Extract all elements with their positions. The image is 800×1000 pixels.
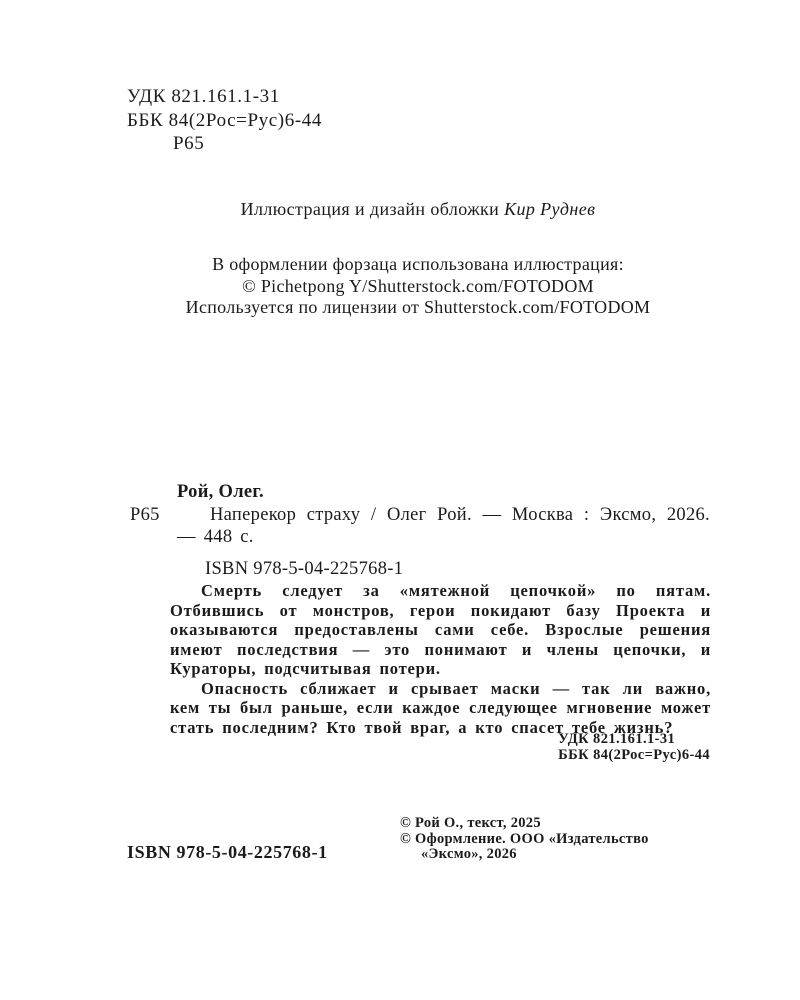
classification-codes-bottom: УДК 821.161.1-31 ББК 84(2Рос=Рус)6-44 — [558, 732, 710, 763]
author-sign-code: Р65 — [173, 132, 322, 156]
copyright-block: © Рой О., текст, 2025 © Оформление. ООО … — [400, 816, 720, 863]
endpaper-credit-line2: © Pichetpong Y/Shutterstock.com/FOTODOM — [118, 276, 718, 298]
copyright-design-entry-line1: © Оформление. ООО «Издательство — [400, 832, 720, 848]
endpaper-credit-line3: Используется по лицензии от Shutterstock… — [118, 297, 718, 319]
bbk-code-bottom: ББК 84(2Рос=Рус)6-44 — [558, 748, 710, 764]
isbn-catalog: ISBN 978-5-04-225768-1 — [205, 558, 710, 581]
udk-code-bottom: УДК 821.161.1-31 — [558, 732, 710, 748]
endpaper-credit-block: В оформлении форзаца использована иллюст… — [118, 254, 718, 319]
annotation-block: Смерть следует за «мятежной цепочкой» по… — [170, 581, 711, 737]
bibliographic-entry-row: Р65 Наперекор страху / Олег Рой. — Москв… — [177, 504, 710, 549]
udk-code: УДК 821.161.1-31 — [127, 85, 322, 109]
endpaper-credit-line1: В оформлении форзаца использована иллюст… — [118, 254, 718, 276]
bibliographic-entry: Наперекор страху / Олег Рой. — Москва : … — [177, 504, 710, 549]
bbk-code: ББК 84(2Рос=Рус)6-44 — [127, 109, 322, 133]
cover-credit-line: Иллюстрация и дизайн обложки Кир Руднев — [118, 199, 718, 220]
copyright-design-entry-line2: «Эксмо», 2026 — [400, 847, 720, 863]
book-imprint-page: УДК 821.161.1-31 ББК 84(2Рос=Рус)6-44 Р6… — [0, 0, 800, 1000]
author-sign-code-margin: Р65 — [130, 504, 160, 527]
cover-credit-text: Иллюстрация и дизайн обложки — [241, 199, 504, 219]
cover-designer-name: Кир Руднев — [504, 199, 595, 219]
author-heading: Рой, Олег. — [177, 481, 710, 504]
classification-codes-top: УДК 821.161.1-31 ББК 84(2Рос=Рус)6-44 Р6… — [127, 85, 322, 156]
annotation-paragraph-2: Опасность сближает и срывает маски — так… — [170, 679, 711, 738]
copyright-text-entry: © Рой О., текст, 2025 — [400, 816, 720, 832]
catalog-card: Рой, Олег. Р65 Наперекор страху / Олег Р… — [130, 481, 710, 580]
annotation-paragraph-1: Смерть следует за «мятежной цепочкой» по… — [170, 581, 711, 679]
isbn-imprint: ISBN 978-5-04-225768-1 — [127, 842, 328, 863]
